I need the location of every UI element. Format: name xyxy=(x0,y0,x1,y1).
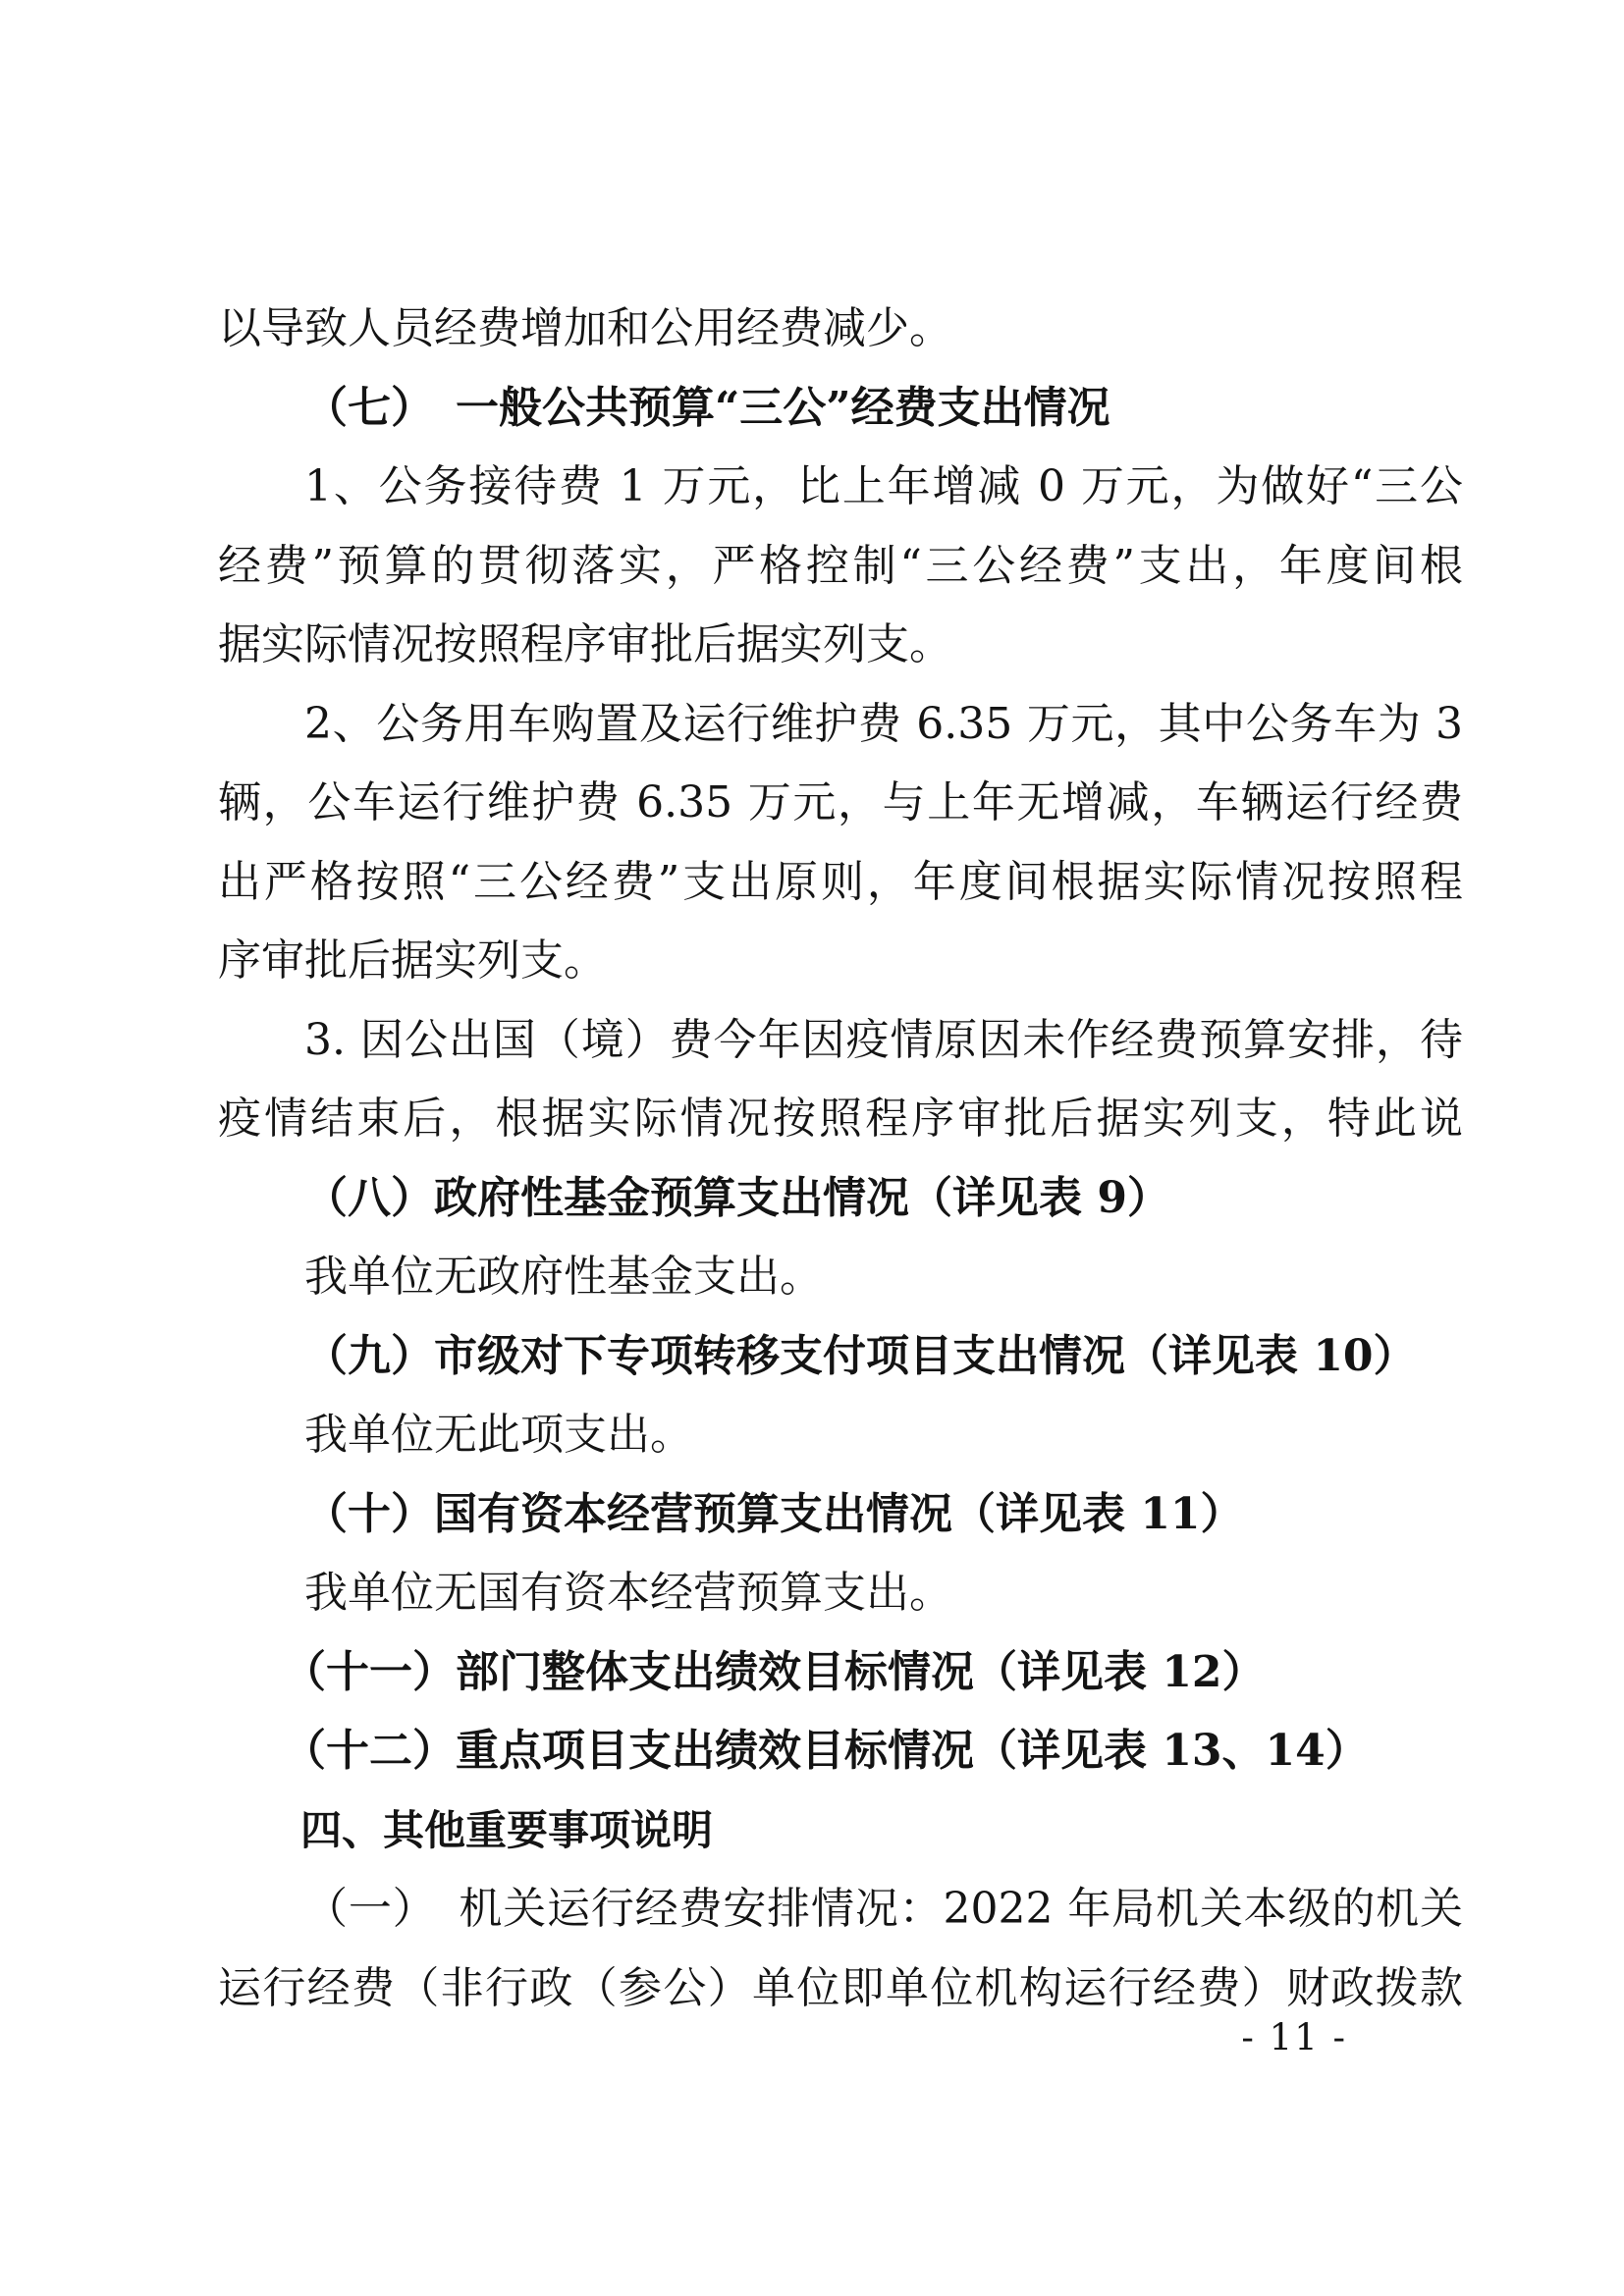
chapter-heading-4: 四、其他重要事项说明 xyxy=(218,1791,1463,1871)
body-line: 以导致人员经费增加和公用经费减少。 xyxy=(218,290,1463,369)
body-line: 辆，公车运行维护费 6.35 万元，与上年无增减，车辆运行经费支 xyxy=(218,764,1463,843)
body-line: 3. 因公出国（境）费今年因疫情原因未作经费预算安排，待 xyxy=(218,1001,1463,1081)
body-line: 出严格按照“三公经费”支出原则，年度间根据实际情况按照程 xyxy=(218,843,1463,923)
body-line: 疫情结束后，根据实际情况按照程序审批后据实列支，特此说明。 xyxy=(218,1080,1463,1159)
section-heading-11: （十一）部门整体支出绩效目标情况（详见表 12） xyxy=(218,1633,1463,1713)
body-line: 序审批后据实列支。 xyxy=(218,922,1463,1001)
body-line: 经费”预算的贯彻落实，严格控制“三公经费”支出，年度间根 xyxy=(218,527,1463,607)
body-line: 我单位无此项支出。 xyxy=(218,1396,1463,1475)
body-line: 1、公务接待费 1 万元，比上年增减 0 万元，为做好“三公 xyxy=(218,448,1463,527)
section-heading-10: （十）国有资本经营预算支出情况（详见表 11） xyxy=(218,1475,1463,1555)
body-line: 我单位无国有资本经营预算支出。 xyxy=(218,1554,1463,1633)
body-line: 2、公务用车购置及运行维护费 6.35 万元，其中公务车为 3 xyxy=(218,685,1463,765)
section-heading-12: （十二）重点项目支出绩效目标情况（详见表 13、14） xyxy=(218,1712,1463,1791)
body-line: 据实际情况按照程序审批后据实列支。 xyxy=(218,606,1463,685)
section-heading-9: （九）市级对下专项转移支付项目支出情况（详见表 10） xyxy=(218,1317,1463,1397)
document-page: 以导致人员经费增加和公用经费减少。 （七） 一般公共预算“三公”经费支出情况 1… xyxy=(0,0,1624,2296)
document-body: 以导致人员经费增加和公用经费减少。 （七） 一般公共预算“三公”经费支出情况 1… xyxy=(218,290,1463,2028)
section-heading-8: （八）政府性基金预算支出情况（详见表 9） xyxy=(218,1159,1463,1239)
body-line: （一） 机关运行经费安排情况：2022 年局机关本级的机关 xyxy=(218,1870,1463,1949)
body-line: 我单位无政府性基金支出。 xyxy=(218,1238,1463,1317)
page-number: - 11 - xyxy=(1241,2014,1347,2061)
section-heading-7: （七） 一般公共预算“三公”经费支出情况 xyxy=(218,369,1463,449)
